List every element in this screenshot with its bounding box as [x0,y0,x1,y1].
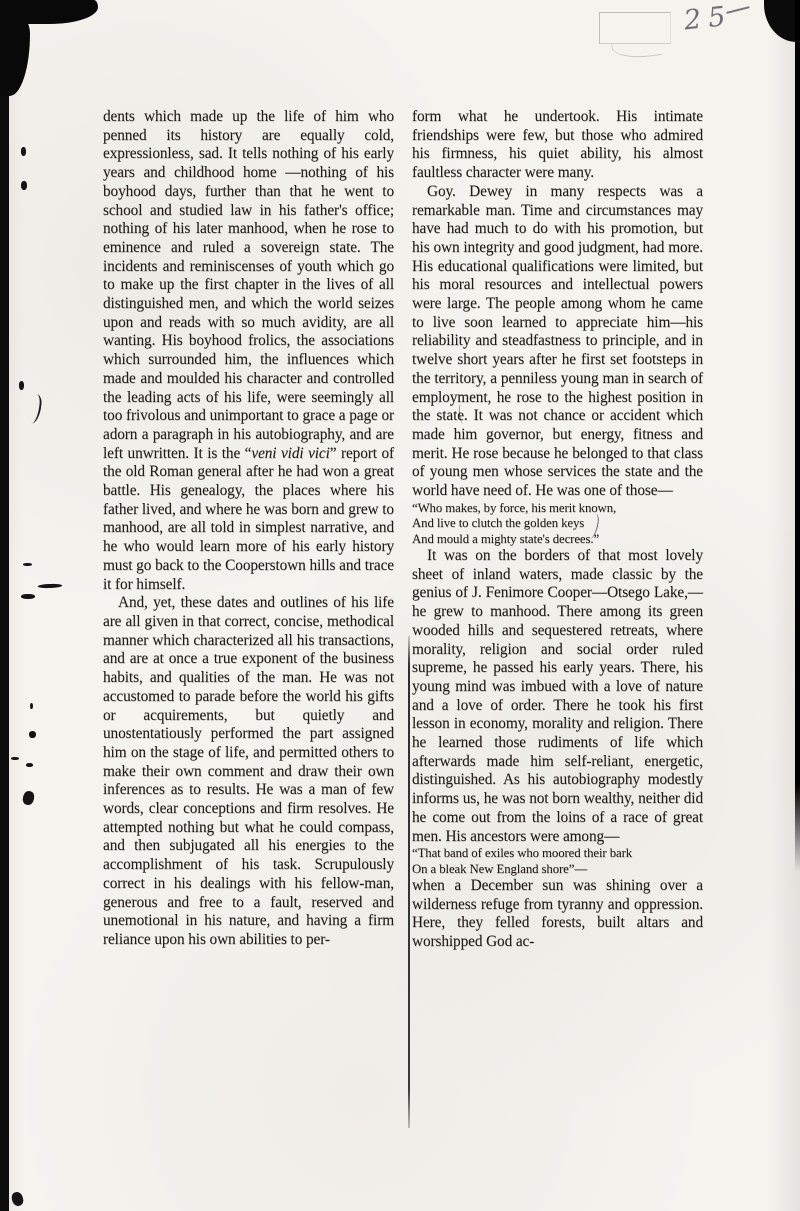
article-paragraph: And, yet, these dates and outlines of hi… [103,594,394,949]
ink-speck [26,763,33,767]
ink-speck [23,563,32,566]
ink-speck [10,1191,25,1208]
article-columns: dents which made up the life of him who … [103,108,703,952]
article-paragraph: It was on the borders of that most lovel… [412,547,703,846]
ink-speck [21,147,26,156]
paragraph-text: ” report of the old Roman general after … [103,445,394,593]
ink-speck [21,790,35,806]
top-left-ink-blob [0,14,30,96]
ink-curve-mark [25,393,42,424]
handwritten-page-number: 25 [683,1,734,37]
left-column: dents which made up the life of him who … [103,108,394,952]
article-paragraph: when a December sun was shining over a w… [412,877,703,952]
italic-phrase: veni vidi vici [251,445,329,462]
ink-speck [21,181,27,190]
right-scan-edge-band [795,0,800,872]
ink-speck [11,757,19,760]
ink-speck [19,381,24,390]
article-paragraph: Goy. Dewey in many respects was a remark… [412,183,703,501]
article-paragraph: dents which made up the life of him who … [103,108,394,594]
ink-speck [38,584,62,589]
paragraph-text: dents which made up the life of him who … [103,108,394,462]
verse-quote: “Who makes, by force, his merit known, A… [412,501,703,547]
left-scan-edge-band [0,0,9,1211]
ink-speck [29,731,36,738]
right-column: form what he undertook. His intimate fri… [412,108,703,952]
ink-speck [21,594,35,599]
scanned-newspaper-page: 25 dents which made up the life of him w… [0,0,800,1211]
article-paragraph: form what he undertook. His intimate fri… [412,108,703,183]
ink-speck [30,703,33,709]
verse-quote: “That band of exiles who moored their ba… [412,846,703,877]
